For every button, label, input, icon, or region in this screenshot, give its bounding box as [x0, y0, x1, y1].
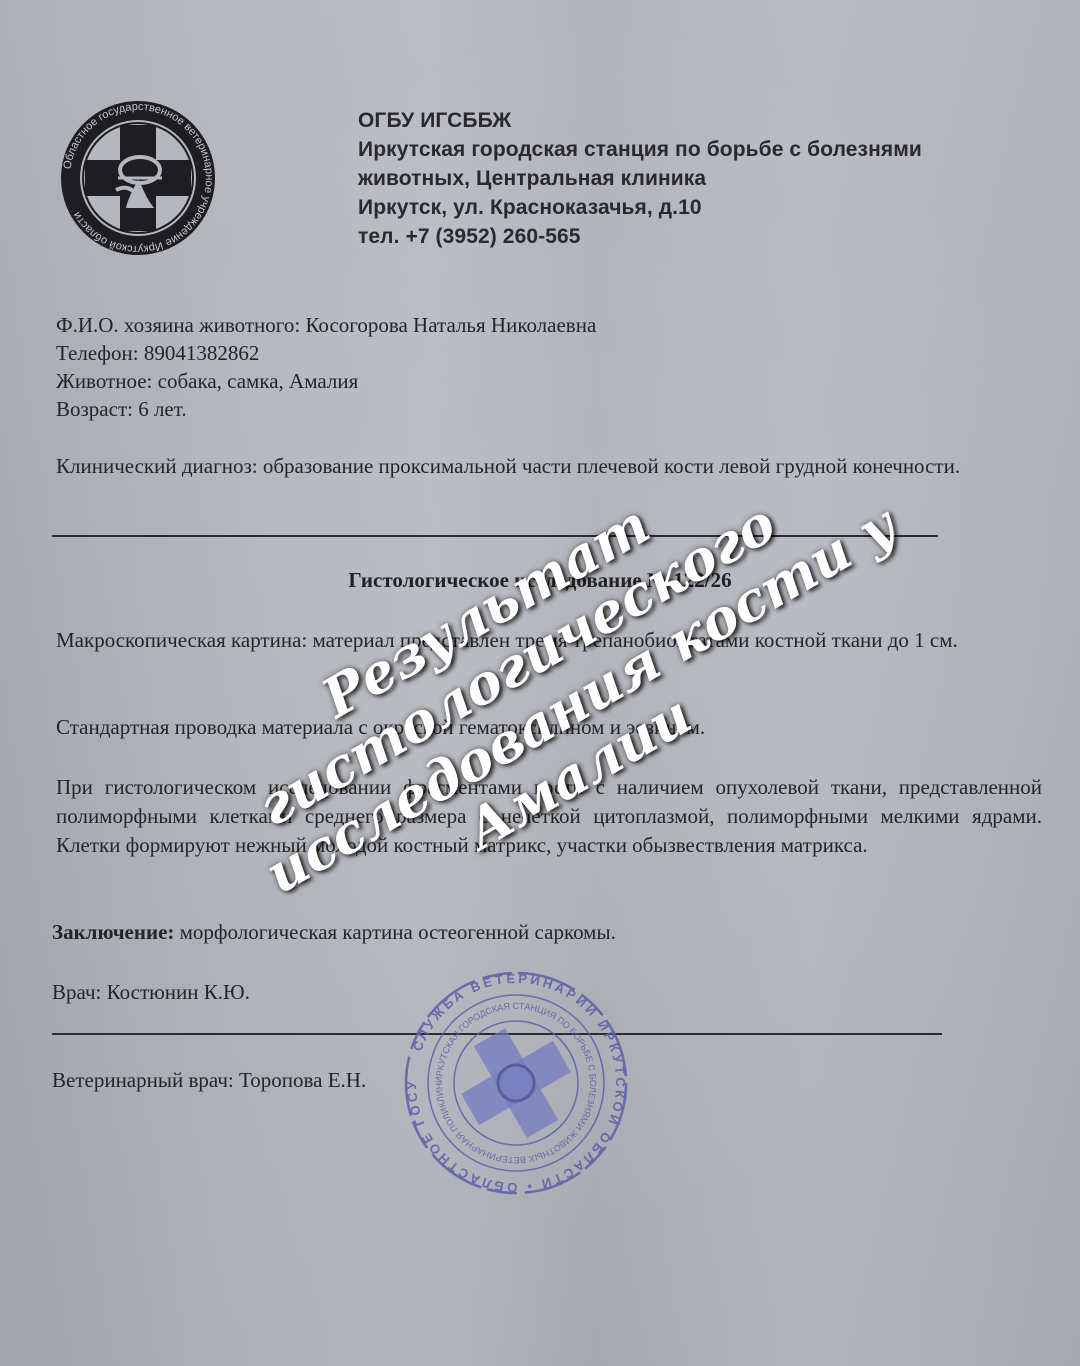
- vet-cross-emblem-icon: Областное государственное ветеринарное у…: [58, 98, 218, 258]
- divider-line: [52, 535, 938, 537]
- staining-description: Стандартная проводка материала с окраско…: [56, 713, 1042, 742]
- org-name-line1: Иркутская городская станция по борьбе с …: [358, 135, 922, 164]
- org-name-line2: животных, Центральная клиника: [358, 164, 922, 193]
- vet-signature: Ветеринарный врач: Торопова Е.Н.: [52, 1068, 366, 1093]
- owner-name: Ф.И.О. хозяина животного: Косогорова Нат…: [56, 311, 596, 339]
- conclusion-label: Заключение:: [52, 920, 174, 944]
- patient-info: Ф.И.О. хозяина животного: Косогорова Нат…: [56, 311, 596, 423]
- clinical-diagnosis: Клинический диагноз: образование проксим…: [56, 451, 1016, 481]
- macroscopic-description: Макроскопическая картина: материал предс…: [56, 626, 1042, 655]
- conclusion: Заключение: морфологическая картина осте…: [52, 920, 616, 945]
- doctor-signature: Врач: Костюнин К.Ю.: [52, 980, 250, 1005]
- org-short-name: ОГБУ ИГСББЖ: [358, 106, 922, 135]
- study-title: Гистологическое исследование № 122/26: [0, 568, 1080, 593]
- owner-phone: Телефон: 89041382862: [56, 339, 596, 367]
- microscopic-description: При гистологическом исследовании фрагмен…: [56, 773, 1042, 860]
- animal-info: Животное: собака, самка, Амалия: [56, 367, 596, 395]
- org-phone: тел. +7 (3952) 260-565: [358, 222, 922, 251]
- official-stamp-icon: СЛУЖБА ВЕТЕРИНАРИИ ИРКУТСКОЙ ОБЛАСТИ • О…: [398, 968, 633, 1198]
- organization-header: ОГБУ ИГСББЖ Иркутская городская станция …: [358, 106, 922, 251]
- org-address: Иркутск, ул. Красноказачья, д.10: [358, 193, 922, 222]
- animal-age: Возраст: 6 лет.: [56, 395, 596, 423]
- conclusion-text: морфологическая картина остеогенной сарк…: [174, 920, 615, 944]
